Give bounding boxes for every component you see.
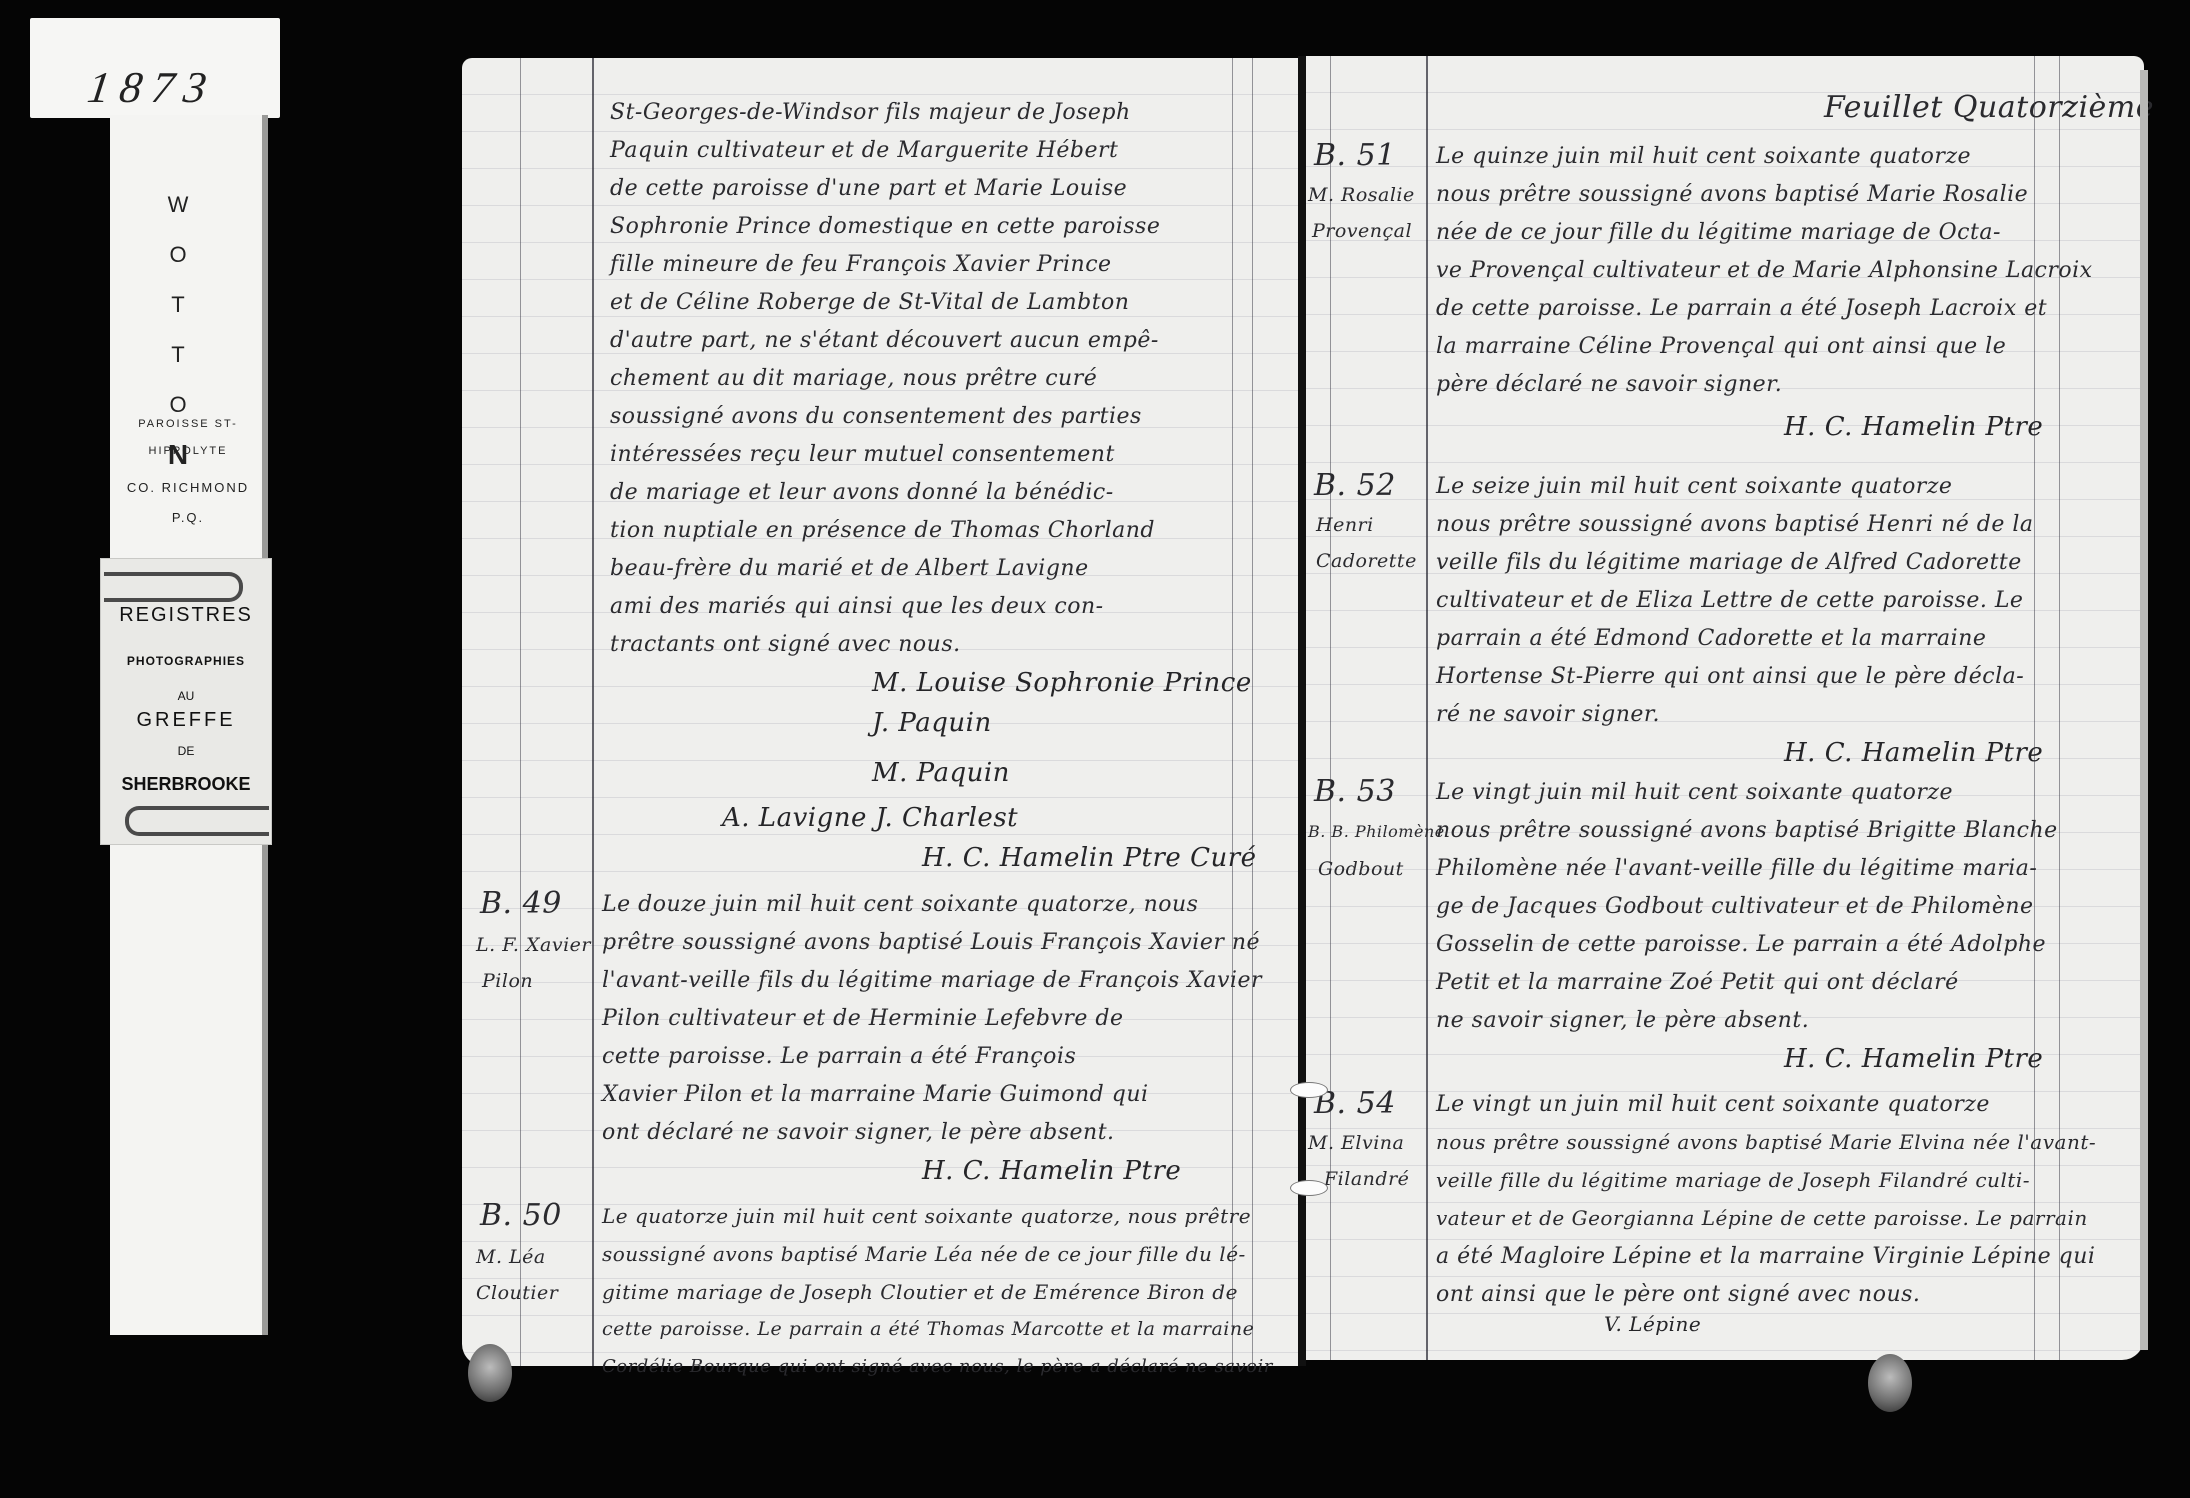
text-line: cette paroisse. Le parrain a été Françoi…: [602, 1044, 1076, 1069]
signature: J. Paquin: [872, 708, 992, 738]
margin-name: Cloutier: [476, 1282, 558, 1304]
text-line: ont ainsi que le père ont signé avec nou…: [1436, 1282, 1920, 1307]
margin-name: L. F. Xavier: [476, 934, 591, 956]
margin-rule: [2034, 56, 2035, 1360]
province-label: P.Q.: [110, 510, 266, 525]
margin-name: M. Elvina: [1308, 1132, 1404, 1154]
margin-rule: [1252, 58, 1253, 1366]
text-line: Philomène née l'avant-veille fille du lé…: [1436, 856, 2037, 881]
text-line: veille fils du légitime mariage de Alfre…: [1436, 550, 2022, 575]
text-line: Le seize juin mil huit cent soixante qua…: [1436, 474, 1952, 499]
place-letter: O: [169, 230, 186, 280]
text-line: de mariage et leur avons donné la bénédi…: [610, 480, 1114, 505]
book-gutter: [1298, 56, 1306, 1366]
label-line: AU: [101, 689, 271, 703]
margin-rule: [1232, 58, 1233, 1366]
margin-name: Henri: [1316, 514, 1374, 536]
signature: A. Lavigne J. Charlest: [722, 803, 1018, 833]
text-line: Hortense St-Pierre qui ont ainsi que le …: [1436, 664, 2024, 689]
text-line: d'autre part, ne s'étant découvert aucun…: [610, 328, 1159, 353]
text-line: ve Provençal cultivateur et de Marie Alp…: [1436, 258, 2093, 283]
margin-rule: [1330, 56, 1331, 1360]
label-line: PHOTOGRAPHIES: [101, 654, 271, 668]
page-weight-knob: [468, 1344, 512, 1402]
text-line: ré ne savoir signer.: [1436, 702, 1660, 727]
text-line: prêtre soussigné avons baptisé Louis Fra…: [602, 930, 1260, 955]
text-line: beau-frère du marié et de Albert Lavigne: [610, 556, 1089, 581]
register-left-page: St-Georges-de-Windsor fils majeur de Jos…: [462, 58, 1302, 1366]
margin-name: Cadorette: [1316, 550, 1417, 572]
text-line: soussigné avons du consentement des part…: [610, 404, 1142, 429]
text-line: nous prêtre soussigné avons baptisé Brig…: [1436, 818, 2058, 843]
margin-rule: [592, 58, 594, 1366]
text-line: cultivateur et de Eliza Lettre de cette …: [1436, 588, 2023, 613]
signature: H. C. Hamelin Ptre: [1784, 412, 2043, 442]
archive-year: 1873: [84, 62, 219, 113]
text-line: tion nuptiale en présence de Thomas Chor…: [610, 518, 1155, 543]
text-line: Paquin cultivateur et de Marguerite Hébe…: [610, 138, 1118, 163]
text-line: Le vingt un juin mil huit cent soixante …: [1436, 1092, 1990, 1117]
signature: V. Lépine: [1604, 1312, 1701, 1336]
text-line: et de Céline Roberge de St-Vital de Lamb…: [610, 290, 1129, 315]
text-line: Le quinze juin mil huit cent soixante qu…: [1436, 144, 1971, 169]
text-line: fille mineure de feu François Xavier Pri…: [610, 252, 1112, 277]
text-line: soussigné avons baptisé Marie Léa née de…: [602, 1242, 1246, 1266]
text-line: ami des mariés qui ainsi que les deux co…: [610, 594, 1104, 619]
paper-clip-icon: [125, 806, 269, 836]
text-line: chement au dit mariage, nous prêtre curé: [610, 366, 1097, 391]
text-line: vateur et de Georgianna Lépine de cette …: [1436, 1206, 2088, 1230]
entry-number: B. 49: [480, 886, 562, 921]
margin-name: M. Rosalie: [1308, 184, 1415, 206]
page-edge: [2140, 70, 2148, 1350]
register-right-page: Feuillet Quatorzième B. 51 M. Rosalie Pr…: [1304, 56, 2144, 1360]
signature: H. C. Hamelin Ptre: [1784, 1044, 2043, 1074]
text-line: de cette paroisse d'une part et Marie Lo…: [610, 176, 1127, 201]
margin-name: M. Léa: [476, 1246, 546, 1268]
text-line: Sophronie Prince domestique en cette par…: [610, 214, 1160, 239]
entry-number: B. 53: [1314, 774, 1396, 809]
margin-rule: [520, 58, 521, 1366]
place-name-vertical: W O T T O N: [158, 180, 198, 480]
text-line: parrain a été Edmond Cadorette et la mar…: [1436, 626, 1986, 651]
place-letter: T: [171, 280, 184, 330]
signature: M. Paquin: [872, 758, 1010, 788]
margin-name: Provençal: [1312, 220, 1412, 242]
paper-clip-icon: [104, 572, 243, 602]
text-line: Gosselin de cette paroisse. Le parrain a…: [1436, 932, 2046, 957]
text-line: Le vingt juin mil huit cent soixante qua…: [1436, 780, 1953, 805]
text-line: ge de Jacques Godbout cultivateur et de …: [1436, 894, 2034, 919]
text-line: Le quatorze juin mil huit cent soixante …: [602, 1204, 1251, 1228]
text-line: St-Georges-de-Windsor fils majeur de Jos…: [610, 100, 1131, 125]
binding-hole: [1290, 1180, 1328, 1196]
margin-name: Godbout: [1318, 858, 1404, 880]
signature: H. C. Hamelin Ptre: [922, 1156, 1181, 1186]
parish-line-2: HIPPOLYTE: [110, 445, 266, 457]
text-line: née de ce jour fille du légitime mariage…: [1436, 220, 2001, 245]
label-line: GREFFE: [101, 709, 271, 732]
text-line: gitime mariage de Joseph Cloutier et de …: [602, 1280, 1238, 1304]
county-label: CO. RICHMOND: [110, 480, 266, 495]
label-line: SHERBROOKE: [101, 774, 271, 795]
parish-line-1: PAROISSE ST-: [110, 418, 266, 430]
signature: H. C. Hamelin Ptre: [1784, 738, 2043, 768]
text-line: ne savoir signer, le père absent.: [1436, 1008, 1809, 1033]
text-line: père déclaré ne savoir signer.: [1436, 372, 1782, 397]
text-line: nous prêtre soussigné avons baptisé Mari…: [1436, 1130, 2096, 1154]
text-line: nous prêtre soussigné avons baptisé Mari…: [1436, 182, 2028, 207]
entry-number: B. 52: [1314, 468, 1396, 503]
margin-name: Filandré: [1324, 1168, 1409, 1190]
entry-number: B. 51: [1314, 138, 1396, 173]
text-line: a été Magloire Lépine et la marraine Vir…: [1436, 1244, 2095, 1269]
label-line: REGISTRES: [101, 604, 271, 627]
folio-header: Feuillet Quatorzième: [1824, 90, 2154, 125]
margin-rule: [1426, 56, 1428, 1360]
signature: H. C. Hamelin Ptre Curé: [922, 843, 1257, 873]
binding-hole: [1290, 1082, 1328, 1098]
text-line: tractants ont signé avec nous.: [610, 632, 961, 657]
text-line: intéressées reçu leur mutuel consentemen…: [610, 442, 1115, 467]
label-line: DE: [101, 744, 271, 758]
place-letter: W: [168, 180, 189, 230]
text-line: la marraine Céline Provençal qui ont ain…: [1436, 334, 2006, 359]
signature: M. Louise Sophronie Prince: [872, 668, 1252, 698]
text-line: Xavier Pilon et la marraine Marie Guimon…: [602, 1082, 1149, 1107]
text-line: Petit et la marraine Zoé Petit qui ont d…: [1436, 970, 1959, 995]
text-line: ont déclaré ne savoir signer, le père ab…: [602, 1120, 1115, 1145]
text-line: cette paroisse. Le parrain a été Thomas …: [602, 1318, 1254, 1340]
page-weight-knob: [1868, 1354, 1912, 1412]
margin-name: B. B. Philomène: [1308, 822, 1445, 841]
entry-number: B. 50: [480, 1198, 562, 1233]
text-line: nous prêtre soussigné avons baptisé Henr…: [1436, 512, 2034, 537]
text-line: Le douze juin mil huit cent soixante qua…: [602, 892, 1198, 917]
text-line: veille fille du légitime mariage de Jose…: [1436, 1168, 2030, 1192]
place-letter: T: [171, 330, 184, 380]
text-line: Pilon cultivateur et de Herminie Lefebvr…: [602, 1006, 1124, 1031]
margin-rule: [2059, 56, 2060, 1360]
text-line: de cette paroisse. Le parrain a été Jose…: [1436, 296, 2047, 321]
text-line: l'avant-veille fils du légitime mariage …: [602, 968, 1262, 993]
margin-name: Pilon: [482, 970, 533, 992]
text-line: Cordélie Bourque qui ont signé avec nous…: [602, 1356, 1273, 1377]
